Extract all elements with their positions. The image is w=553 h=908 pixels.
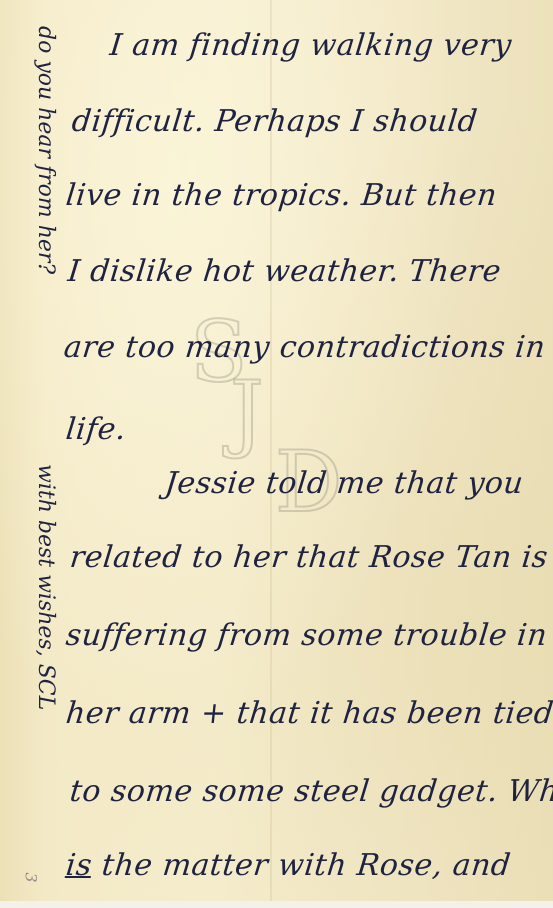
scan-edge (0, 901, 553, 908)
letter-line-11: to some some steel gadget. What (68, 774, 553, 809)
letter-line-12: is the matter with Rose, and (64, 848, 512, 883)
margin-note-signoff: with best wishes, SCL (33, 464, 58, 710)
letter-line-5: are too many contradictions in (62, 330, 547, 365)
letter-line-1: I am finding walking very (108, 28, 513, 63)
letter-line-9: suffering from some trouble in (64, 618, 549, 653)
letter-line-4: I dislike hot weather. There (66, 254, 503, 289)
letter-line-6: life. (64, 412, 128, 447)
letter-line-2: difficult. Perhaps I should (70, 104, 479, 139)
page-number: 3 (22, 872, 41, 882)
letter-line-7: Jessie told me that you (163, 466, 525, 501)
letter-line-12-rest: the matter with Rose, and (90, 848, 512, 883)
letter-page: S J D I am finding walking very difficul… (0, 0, 553, 908)
letter-line-10: her arm + that it has been tied (64, 696, 553, 731)
underlined-word: is (64, 848, 94, 883)
margin-note-question: do you hear from her? (33, 26, 58, 274)
letter-line-3: live in the tropics. But then (64, 178, 499, 213)
watermark-letter-j: J (230, 370, 264, 454)
letter-line-8: related to her that Rose Tan is (68, 540, 550, 575)
